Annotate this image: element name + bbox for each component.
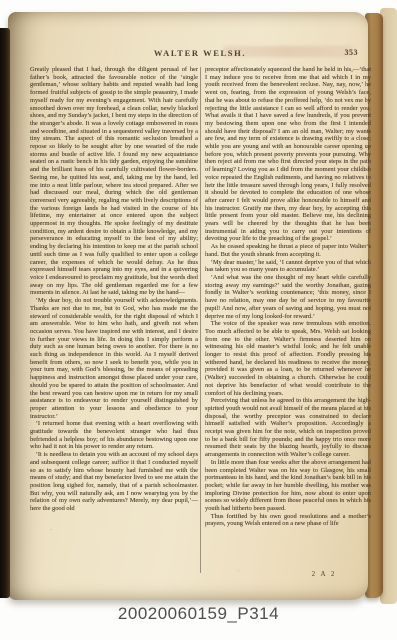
paragraph: Greatly pleased that I had, through the … [30, 66, 198, 297]
paragraph: ‘My dear boy, do not trouble yourself wi… [30, 297, 198, 420]
paragraph: ‘My dear master,’ he said, ‘I cannot dep… [205, 259, 371, 274]
background-strip [0, 0, 397, 12]
text-column-left: Greatly pleased that I had, through the … [30, 66, 198, 580]
paragraph: Perceiving that unless he agreed to this… [205, 397, 371, 459]
photo-id-label: 20020060159_P314 [0, 604, 397, 624]
running-title: WALTER WELSH. [30, 48, 370, 58]
text-column-right: preceptor affectionately squeezed the ha… [205, 66, 371, 580]
book-photo: WALTER WELSH. 353 Greatly pleased that I… [0, 0, 397, 640]
paragraph: In little more than four weeks after the… [205, 459, 371, 513]
signature-mark: 2 A 2 [294, 570, 354, 578]
paragraph: ‘And what was the one thought of my hear… [205, 274, 371, 320]
column-divider [200, 67, 201, 573]
spine-gutter-shadow [0, 28, 10, 598]
paragraph: ‘I returned home that evening with a hea… [30, 420, 198, 451]
page-header: WALTER WELSH. 353 [30, 48, 370, 60]
page-number: 353 [345, 48, 359, 57]
paragraph: The voice of the speaker was now tremulo… [205, 320, 371, 397]
paragraph: preceptor affectionately squeezed the ha… [205, 66, 371, 243]
paragraph: As he ceased speaking he thrust a piece … [205, 243, 371, 258]
book-page: WALTER WELSH. 353 Greatly pleased that I… [8, 12, 368, 600]
paragraph: Thus fortified by his own good resolutio… [205, 513, 371, 528]
paragraph: ‘It is needless to detain you with an ac… [30, 451, 198, 513]
